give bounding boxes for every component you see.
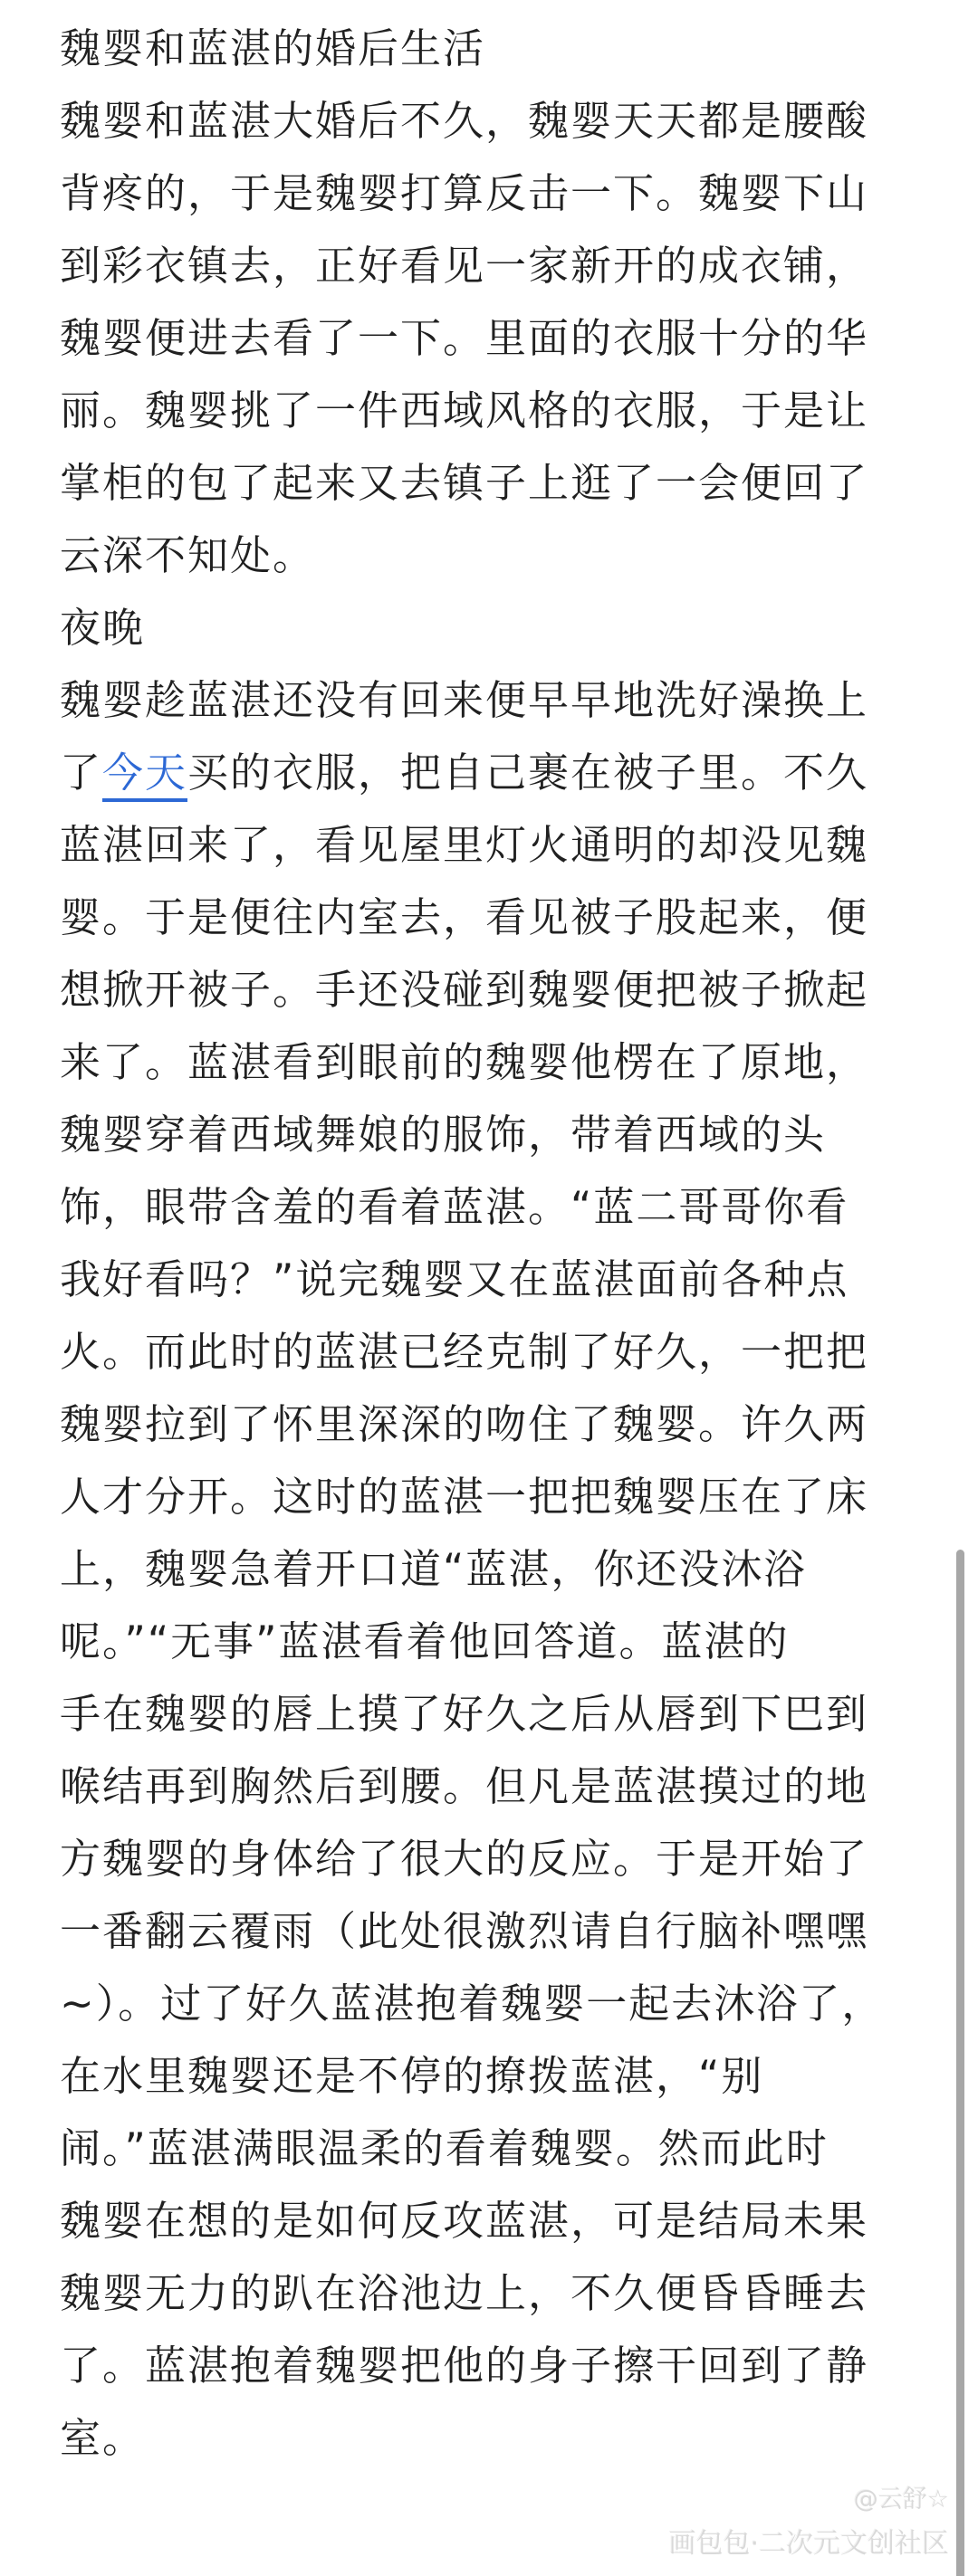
- text-line: 魏婴在想的是如何反攻蓝湛，可是结局未果: [60, 2185, 927, 2257]
- text-line: 火。而此时的蓝湛已经克制了好久，一把把: [60, 1316, 927, 1388]
- watermark-community: 画包包·二次元文创社区: [668, 2527, 949, 2562]
- text-segment: 丽。魏婴挑了一件西域风格的衣服，于是让: [60, 386, 868, 434]
- text-segment: 了。蓝湛抱着魏婴把他的身子擦干回到了静: [60, 2342, 868, 2390]
- text-line: 饰，眼带含羞的看着蓝湛。“蓝二哥哥你看: [60, 1171, 927, 1244]
- text-line: 方魏婴的身体给了很大的反应。于是开始了: [60, 1823, 927, 1895]
- text-segment: 来了。蓝湛看到眼前的魏婴他楞在了原地，: [60, 1038, 868, 1086]
- text-line: 背疼的，于是魏婴打算反击一下。魏婴下山: [60, 157, 927, 230]
- text-segment: 魏婴便进去看了一下。里面的衣服十分的华: [60, 314, 868, 362]
- text-line: 魏婴便进去看了一下。里面的衣服十分的华: [60, 302, 927, 375]
- text-line: 云深不知处。: [60, 520, 927, 592]
- text-segment: 魏婴和蓝湛大婚后不久，魏婴天天都是腰酸: [60, 97, 868, 145]
- text-segment: 婴。于是便往内室去，看见被子股起来，便: [60, 893, 868, 941]
- text-segment: 室。: [60, 2414, 145, 2462]
- text-segment: 喉结再到胸然后到腰。但凡是蓝湛摸过的地: [60, 1762, 868, 1810]
- ad-link-today[interactable]: 今天: [102, 749, 187, 802]
- text-line: 人才分开。这时的蓝湛一把把魏婴压在了床: [60, 1461, 927, 1533]
- text-line: 手在魏婴的唇上摸了好久之后从唇到下巴到: [60, 1678, 927, 1751]
- text-line: 魏婴趁蓝湛还没有回来便早早地洗好澡换上: [60, 664, 927, 737]
- text-line: 夜晚: [60, 592, 927, 664]
- text-segment: 掌柜的包了起来又去镇子上逛了一会便回了: [60, 459, 868, 507]
- text-segment: 到彩衣镇去，正好看见一家新开的成衣铺，: [60, 242, 868, 290]
- text-line: 魏婴无力的趴在浴池边上，不久便昏昏睡去: [60, 2257, 927, 2330]
- text-line: 我好看吗？”说完魏婴又在蓝湛面前各种点: [60, 1244, 927, 1316]
- text-segment: 在水里魏婴还是不停的撩拨蓝湛，“别: [60, 2052, 763, 2100]
- text-line: 到彩衣镇去，正好看见一家新开的成衣铺，: [60, 230, 927, 302]
- text-line: ~）。过了好久蓝湛抱着魏婴一起去沐浴了，: [60, 1968, 927, 2040]
- text-line: 室。: [60, 2402, 927, 2475]
- story-body: 魏婴和蓝湛大婚后不久，魏婴天天都是腰酸背疼的，于是魏婴打算反击一下。魏婴下山到彩…: [60, 85, 927, 2475]
- text-segment: 人才分开。这时的蓝湛一把把魏婴压在了床: [60, 1473, 868, 1521]
- text-segment: 火。而此时的蓝湛已经克制了好久，一把把: [60, 1328, 868, 1376]
- text-segment: 饰，眼带含羞的看着蓝湛。“蓝二哥哥你看: [60, 1183, 849, 1231]
- text-line: 蓝湛回来了，看见屋里灯火通明的却没见魏: [60, 809, 927, 882]
- scrollbar-thumb[interactable]: [956, 1550, 964, 2576]
- text-segment: 一番翻云覆雨（此处很激烈请自行脑补嘿嘿: [60, 1907, 868, 1955]
- text-segment: 方魏婴的身体给了很大的反应。于是开始了: [60, 1835, 868, 1883]
- text-line: 婴。于是便往内室去，看见被子股起来，便: [60, 882, 927, 954]
- text-line: 魏婴和蓝湛大婚后不久，魏婴天天都是腰酸: [60, 85, 927, 157]
- text-segment: 云深不知处。: [60, 531, 315, 579]
- text-line: 喉结再到胸然后到腰。但凡是蓝湛摸过的地: [60, 1751, 927, 1823]
- text-segment: ~）。过了好久蓝湛抱着魏婴一起去沐浴了，: [60, 1980, 884, 2027]
- text-segment: 魏婴穿着西域舞娘的服饰，带着西域的头: [60, 1111, 826, 1159]
- text-segment: 魏婴趁蓝湛还没有回来便早早地洗好澡换上: [60, 676, 868, 724]
- text-line: 了今天买的衣服，把自己裹在被子里。不久: [60, 737, 927, 809]
- text-line: 掌柜的包了起来又去镇子上逛了一会便回了: [60, 447, 927, 520]
- text-line: 上，魏婴急着开口道“蓝湛，你还没沐浴: [60, 1533, 927, 1606]
- text-segment: 想掀开被子。手还没碰到魏婴便把被子掀起: [60, 966, 868, 1014]
- text-segment: 背疼的，于是魏婴打算反击一下。魏婴下山: [60, 169, 868, 217]
- text-segment: 夜晚: [60, 604, 145, 652]
- story-page: 魏婴和蓝湛的婚后生活 魏婴和蓝湛大婚后不久，魏婴天天都是腰酸背疼的，于是魏婴打算…: [60, 13, 927, 2475]
- text-segment: 魏婴拉到了怀里深深的吻住了魏婴。许久两: [60, 1400, 868, 1448]
- text-segment: 了: [60, 749, 102, 797]
- text-line: 魏婴拉到了怀里深深的吻住了魏婴。许久两: [60, 1388, 927, 1461]
- text-segment: 上，魏婴急着开口道“蓝湛，你还没沐浴: [60, 1545, 806, 1593]
- text-line: 了。蓝湛抱着魏婴把他的身子擦干回到了静: [60, 2330, 927, 2402]
- text-segment: 魏婴无力的趴在浴池边上，不久便昏昏睡去: [60, 2269, 868, 2317]
- text-segment: 闹。”蓝湛满眼温柔的看着魏婴。然而此时: [60, 2124, 829, 2172]
- text-segment: 手在魏婴的唇上摸了好久之后从唇到下巴到: [60, 1690, 868, 1738]
- text-line: 一番翻云覆雨（此处很激烈请自行脑补嘿嘿: [60, 1895, 927, 1968]
- text-segment: 魏婴在想的是如何反攻蓝湛，可是结局未果: [60, 2197, 868, 2245]
- text-segment: 蓝湛回来了，看见屋里灯火通明的却没见魏: [60, 821, 868, 869]
- text-segment: 呢。”“无事”蓝湛看着他回答道。蓝湛的: [60, 1617, 789, 1665]
- text-segment: 我好看吗？”说完魏婴又在蓝湛面前各种点: [60, 1255, 849, 1303]
- watermark: @云舒☆ 画包包·二次元文创社区: [668, 2484, 949, 2562]
- text-line: 呢。”“无事”蓝湛看着他回答道。蓝湛的: [60, 1606, 927, 1678]
- watermark-author: @云舒☆: [668, 2484, 949, 2516]
- text-line: 来了。蓝湛看到眼前的魏婴他楞在了原地，: [60, 1026, 927, 1099]
- text-line: 在水里魏婴还是不停的撩拨蓝湛，“别: [60, 2040, 927, 2113]
- text-line: 丽。魏婴挑了一件西域风格的衣服，于是让: [60, 375, 927, 447]
- text-line: 想掀开被子。手还没碰到魏婴便把被子掀起: [60, 954, 927, 1026]
- story-title: 魏婴和蓝湛的婚后生活: [60, 13, 927, 85]
- text-line: 闹。”蓝湛满眼温柔的看着魏婴。然而此时: [60, 2113, 927, 2185]
- text-line: 魏婴穿着西域舞娘的服饰，带着西域的头: [60, 1099, 927, 1171]
- text-segment: 买的衣服，把自己裹在被子里。不久: [187, 749, 868, 797]
